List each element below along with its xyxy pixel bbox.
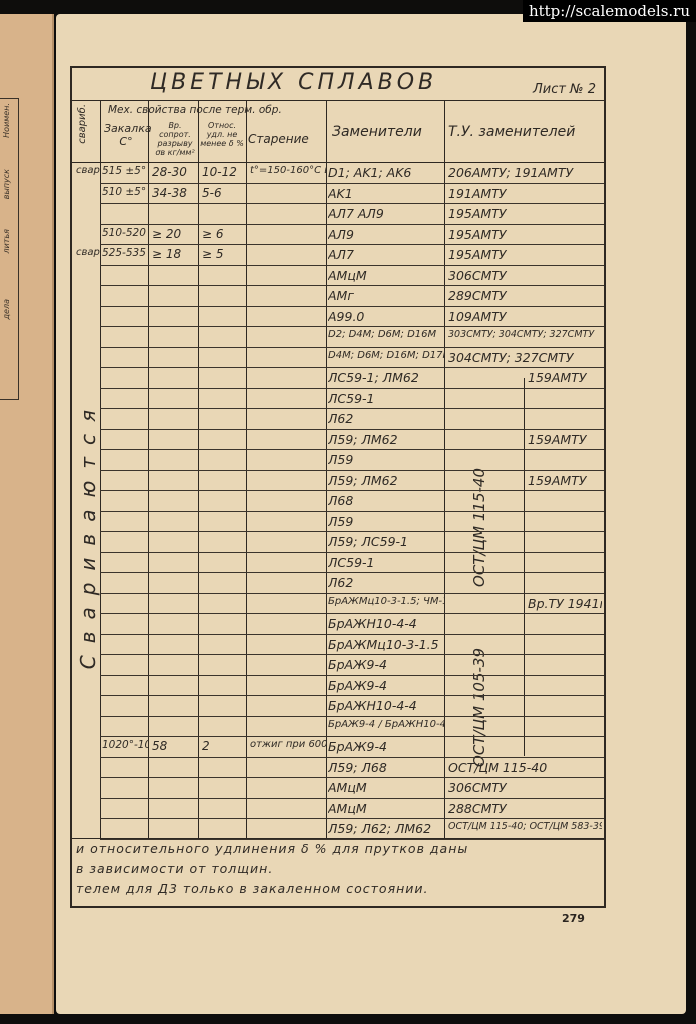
cell-elong: 5-6 — [202, 186, 246, 200]
cell-sub: БрАЖ9-4 — [328, 678, 444, 693]
row-divider — [100, 839, 604, 840]
cell-sub: АМцМ — [328, 780, 444, 795]
row-divider — [100, 490, 604, 491]
row-divider — [100, 654, 604, 655]
row-divider — [100, 695, 604, 696]
cell-sub: БрАЖ9-4 / БрАЖН10-4-4 — [328, 719, 444, 730]
row-divider — [100, 531, 604, 532]
cell-quench: 515 ±5° — [102, 165, 148, 177]
row-divider — [100, 470, 604, 471]
cell-sub: Л59 — [328, 452, 444, 467]
note-line: в зависимости от толщин. — [76, 861, 273, 876]
header-elongation: Относ. удл. не менее δ % — [200, 121, 244, 148]
cell-quench: 1020°-1050° — [102, 739, 148, 751]
cell-sub: АМцМ — [328, 801, 444, 816]
cell-sub: БрАЖ9-4 — [328, 739, 444, 754]
cell-quench: 525-535 — [102, 247, 148, 259]
cell-weld: свар. — [76, 247, 100, 258]
header-tu: Т.У. заменителей — [448, 124, 575, 140]
cell-sub: Л68 — [328, 493, 444, 508]
cell-sub: Л59; ЛС59-1 — [328, 534, 444, 549]
vertical-weld-label: Свариваются — [76, 398, 100, 669]
left-page-table-fragment: Ноимен. выпуск литья дела — [0, 98, 19, 400]
cell-tu: 306СМТУ — [448, 780, 602, 795]
merged-ost-115: ОСТ/ЦМ 115-40 — [470, 468, 488, 587]
cell-sub: D4M; D6M; D16M; D17M — [328, 350, 444, 361]
cell-tensile: ≥ 20 — [152, 227, 196, 241]
cell-sub: Л59; Л62; ЛМ62 — [328, 821, 444, 836]
table-notes: и относительного удлинения δ % для прутк… — [72, 838, 604, 907]
cell-sub: АМцМ — [328, 268, 444, 283]
cell-tu: 159АМТУ — [528, 370, 602, 385]
cell-tu: 195АМТУ — [448, 206, 602, 221]
row-divider — [100, 511, 604, 512]
row-divider — [100, 347, 604, 348]
cell-tensile: 58 — [152, 739, 196, 753]
cell-sub: ЛС59-1 — [328, 391, 444, 406]
sheet-number: Лист № 2 — [533, 82, 596, 97]
cell-tu: Вр.ТУ 1941г — [528, 596, 602, 611]
note-line: и относительного удлинения δ % для прутк… — [76, 841, 468, 856]
cell-sub: БрАЖМц10-3-1.5 — [328, 637, 444, 652]
row-divider — [100, 675, 604, 676]
cell-tu: 159АМТУ — [528, 473, 602, 488]
title-row: ЦВЕТНЫХ СПЛАВОВ Лист № 2 — [72, 68, 604, 101]
cell-tensile: 28-30 — [152, 165, 196, 179]
cell-sub: D2; D4M; D6M; D16M — [328, 329, 444, 340]
cell-tensile: ≥ 18 — [152, 247, 196, 261]
row-divider — [100, 244, 604, 245]
row-divider — [100, 429, 604, 430]
cell-sub: AK1 — [328, 186, 444, 201]
alloys-table: ЦВЕТНЫХ СПЛАВОВ Лист № 2 свариб. Мех. св… — [70, 66, 606, 908]
cell-tu: ОСТ/ЦМ 115-40 — [448, 760, 602, 775]
cell-tu: 289СМТУ — [448, 288, 602, 303]
cell-elong: ≥ 6 — [202, 227, 246, 241]
cell-sub: А99.0 — [328, 309, 444, 324]
row-divider — [100, 552, 604, 553]
cell-tu: 206АМТУ; 191АМТУ — [448, 165, 602, 180]
cell-tu: 306СМТУ — [448, 268, 602, 283]
cell-quench: 510 ±5° — [102, 186, 148, 198]
row-divider — [100, 203, 604, 204]
cell-tu: 159АМТУ — [528, 432, 602, 447]
row-divider — [100, 224, 604, 225]
left-page-edge: Ноимен. выпуск литья дела — [0, 14, 54, 1014]
row-divider — [100, 449, 604, 450]
cell-quench: 510-520 — [102, 227, 148, 239]
row-divider — [100, 306, 604, 307]
header-aging: Старение — [248, 132, 309, 146]
cell-sub: D1; AK1; AK6 — [328, 165, 444, 180]
merged-ost-105: ОСТ/ЦМ 105-39 — [470, 648, 488, 767]
cell-sub: Л62 — [328, 575, 444, 590]
cell-sub: Л59; Л68 — [328, 760, 444, 775]
fragment-text: литья — [2, 229, 11, 254]
cell-sub: БрАЖН10-4-4 — [328, 616, 444, 631]
cell-tu: 195АМТУ — [448, 247, 602, 262]
header-mech-group: Мех. свойства после терм. обр. — [108, 104, 282, 116]
row-divider — [100, 798, 604, 799]
cell-tu: 303СМТУ; 304СМТУ; 327СМТУ — [448, 329, 602, 340]
cell-elong: 10-12 — [202, 165, 246, 179]
fragment-text: дела — [2, 299, 11, 319]
cell-tu: 195АМТУ — [448, 227, 602, 242]
row-divider — [100, 367, 604, 368]
column-divider — [524, 378, 525, 756]
fragment-text: Ноимен. — [2, 103, 11, 138]
row-divider — [100, 265, 604, 266]
cell-aging: отжиг при 600°-800° в теч. 1ч — [250, 739, 326, 750]
cell-sub: БрАЖ9-4 — [328, 657, 444, 672]
cell-sub: Л59; ЛМ62 — [328, 473, 444, 488]
row-divider — [100, 757, 604, 758]
cell-sub: БрАЖМц10-3-1.5; ЧМ-1.3 — [328, 596, 444, 607]
cell-sub: АЛ9 — [328, 227, 444, 242]
row-divider — [100, 634, 604, 635]
header-weld: свариб. — [78, 104, 87, 144]
row-divider — [100, 818, 604, 819]
cell-aging: t°=150-160°C в течение 12-15 ч. — [250, 165, 326, 176]
cell-sub: Л59 — [328, 514, 444, 529]
cell-sub: ЛС59-1 — [328, 555, 444, 570]
cell-sub: АЛ7 АЛ9 — [328, 206, 444, 221]
header-substitutes: Заменители — [332, 124, 422, 140]
row-divider — [100, 736, 604, 737]
watermark: http://scalemodels.ru — [523, 0, 696, 22]
row-divider — [100, 593, 604, 594]
cell-sub: Л59; ЛМ62 — [328, 432, 444, 447]
document-page: ЦВЕТНЫХ СПЛАВОВ Лист № 2 свариб. Мех. св… — [56, 14, 686, 1014]
cell-weld: свар. — [76, 165, 100, 176]
row-divider — [100, 326, 604, 327]
header-tensile: Вр. сопрот. разрыву σв кг/мм² — [152, 121, 198, 157]
row-divider — [100, 613, 604, 614]
cell-tu: 191АМТУ — [448, 186, 602, 201]
cell-tu: 288СМТУ — [448, 801, 602, 816]
cell-sub: АЛ7 — [328, 247, 444, 262]
cell-sub: АМг — [328, 288, 444, 303]
cell-tu: 109АМТУ — [448, 309, 602, 324]
row-divider — [100, 777, 604, 778]
page-title: ЦВЕТНЫХ СПЛАВОВ — [150, 70, 437, 95]
row-divider — [100, 572, 604, 573]
cell-tensile: 34-38 — [152, 186, 196, 200]
row-divider — [100, 388, 604, 389]
row-divider — [100, 408, 604, 409]
cell-sub: БрАЖН10-4-4 — [328, 698, 444, 713]
cell-elong: ≥ 5 — [202, 247, 246, 261]
fragment-text: выпуск — [2, 169, 11, 199]
cell-tu: ОСТ/ЦМ 115-40; ОСТ/ЦМ 583-39; 159АМТУ — [448, 821, 602, 832]
row-divider — [100, 183, 604, 184]
cell-tu: 304СМТУ; 327СМТУ — [448, 350, 602, 365]
cell-elong: 2 — [202, 739, 246, 753]
header-quench: Закалка C° — [104, 122, 148, 148]
cell-sub: ЛС59-1; ЛМ62 — [328, 370, 444, 385]
row-divider — [100, 285, 604, 286]
page-number: 279 — [562, 912, 585, 925]
cell-sub: Л62 — [328, 411, 444, 426]
row-divider — [100, 716, 604, 717]
note-line: телем для Д3 только в закаленном состоян… — [76, 881, 429, 896]
